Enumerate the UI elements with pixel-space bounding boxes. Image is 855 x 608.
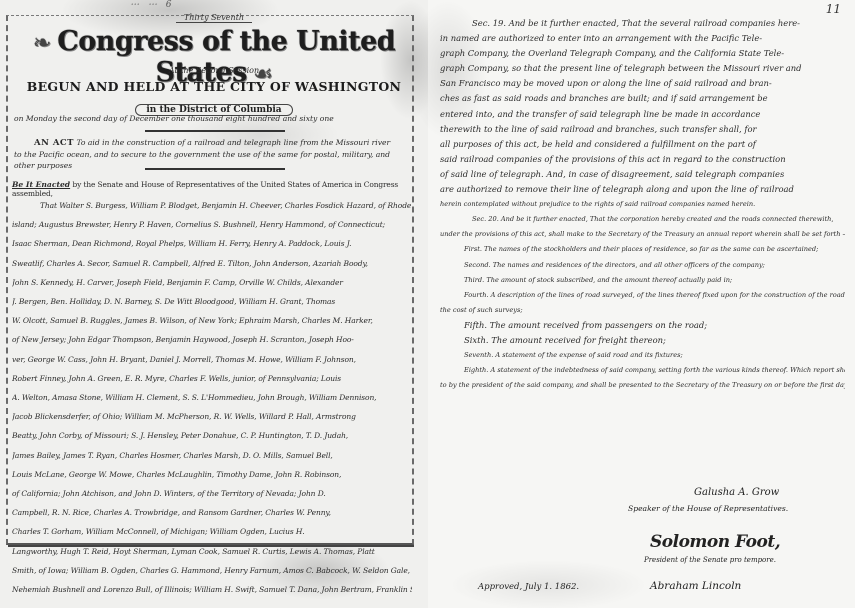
text-line: Second. The names and residences of the … [440,258,845,273]
page-number: 11 [826,2,841,16]
text-line: Jacob Blickensderfer, of Ohio; William M… [12,407,412,426]
flourish-left-icon: ❧ [33,31,57,56]
enacting-lead: Be It Enacted [12,180,70,189]
begun-held-line: BEGUN AND HELD AT THE CITY OF WASHINGTON [0,79,428,94]
text-line: are authorized to remove their line of t… [440,182,845,197]
congress-number: Thirty Seventh [0,13,428,22]
text-line: of New Jersey; John Edgar Thompson, Benj… [12,330,412,349]
incorporators-list: That Walter S. Burgess, William P. Blodg… [12,196,412,599]
speaker-title: Speaker of the House of Representatives. [628,504,788,513]
text-line: therewith to the line of said railroad a… [440,122,845,137]
right-page: 11 Sec. 19. And be it further enacted, T… [428,0,855,608]
text-line: in named are authorized to enter into an… [440,31,845,46]
text-line: ches as fast as said roads and branches … [440,91,845,106]
document-spread: ⋯ ⋯ 6 Thirty Seventh ❧ Congress of the U… [0,0,855,608]
approval-date: Approved, July 1. 1862. [478,582,579,592]
text-line: Sweatlif, Charles A. Secor, Samuel R. Ca… [12,254,412,273]
text-line: graph Company, the Overland Telegraph Co… [440,46,845,61]
text-line: A. Welton, Amasa Stone, William H. Cleme… [12,388,412,407]
senate-president-signature: Solomon Foot, [650,532,780,552]
text-line: Eighth. A statement of the indebtedness … [440,363,845,378]
act-title: AN ACT To aid in the construction of a r… [14,137,412,171]
section-text: Sec. 19. And be it further enacted, That… [440,16,845,393]
text-line: Louis McLane, George W. Mowe, Charles Mc… [12,465,412,484]
divider-rule [145,168,285,170]
president-signature: Abraham Lincoln [650,580,741,592]
text-line: all purposes of this act, be held and co… [440,137,845,152]
text-line: Nehemiah Bushnell and Lorenzo Bull, of I… [12,580,412,599]
act-label: AN ACT [34,138,74,148]
text-line: to by the president of the said company,… [440,378,845,393]
session-line: At the Second Session [0,66,428,75]
text-line: Charles T. Gorham, William McConnell, of… [12,522,412,541]
text-line: entered into, and the transfer of said t… [440,107,845,122]
text-line: herein contemplated without prejudice to… [440,197,845,212]
speaker-signature: Galusha A. Grow [694,487,779,498]
text-line: San Francisco may be moved upon or along… [440,76,845,91]
act-title-line-1: To aid in the construction of a railroad… [76,138,390,147]
top-scribble: ⋯ ⋯ 6 [130,0,174,10]
text-line: That Walter S. Burgess, William P. Blodg… [12,196,412,215]
text-line: John S. Kennedy, H. Carver, Joseph Field… [12,273,412,292]
text-line: the cost of such surveys; [440,303,845,318]
act-title-line-2: to the Pacific ocean, and to secure to t… [14,150,390,170]
text-line: ver, George W. Cass, John H. Bryant, Dan… [12,350,412,369]
text-line: of California; John Atchison, and John D… [12,484,412,503]
left-page: ⋯ ⋯ 6 Thirty Seventh ❧ Congress of the U… [0,0,428,608]
text-line: said railroad companies of the provision… [440,152,845,167]
text-line: Third. The amount of stock subscribed, a… [440,273,845,288]
text-line: J. Bergen, Ben. Holliday, D. N. Barney, … [12,292,412,311]
date-line: on Monday the second day of December one… [14,114,414,123]
text-line: Sec. 19. And be it further enacted, That… [440,16,845,31]
text-line: Robert Finney, John A. Green, E. R. Myre… [12,369,412,388]
text-line: Smith, of Iowa; William B. Ogden, Charle… [12,561,412,580]
text-line: James Bailey, James T. Ryan, Charles Hos… [12,446,412,465]
bottom-rule [8,545,414,547]
text-line: W. Olcott, Samuel B. Ruggles, James B. W… [12,311,412,330]
text-line: Fifth. The amount received from passenge… [440,318,845,333]
text-line: Beatty, John Corby, of Missouri; S. J. H… [12,426,412,445]
text-line: Sec. 20. And be it further enacted, That… [440,212,845,227]
text-line: Campbell, R. N. Rice, Charles A. Trowbri… [12,503,412,522]
text-line: Sixth. The amount received for freight t… [440,333,845,348]
congress-number-text: Thirty Seventh [176,13,252,23]
senate-president-title: President of the Senate pro tempore. [644,556,776,564]
text-line: First. The names of the stockholders and… [440,242,845,257]
text-line: of said line of telegraph. And, in case … [440,167,845,182]
text-line: graph Company, so that the present line … [440,61,845,76]
text-line: under the provisions of this act, shall … [440,227,845,242]
text-line: Fourth. A description of the lines of ro… [440,288,845,303]
text-line: Seventh. A statement of the expense of s… [440,348,845,363]
text-line: Isaac Sherman, Dean Richmond, Royal Phel… [12,234,412,253]
divider-rule [145,130,285,132]
text-line: island; Augustus Brewster, Henry P. Have… [12,215,412,234]
